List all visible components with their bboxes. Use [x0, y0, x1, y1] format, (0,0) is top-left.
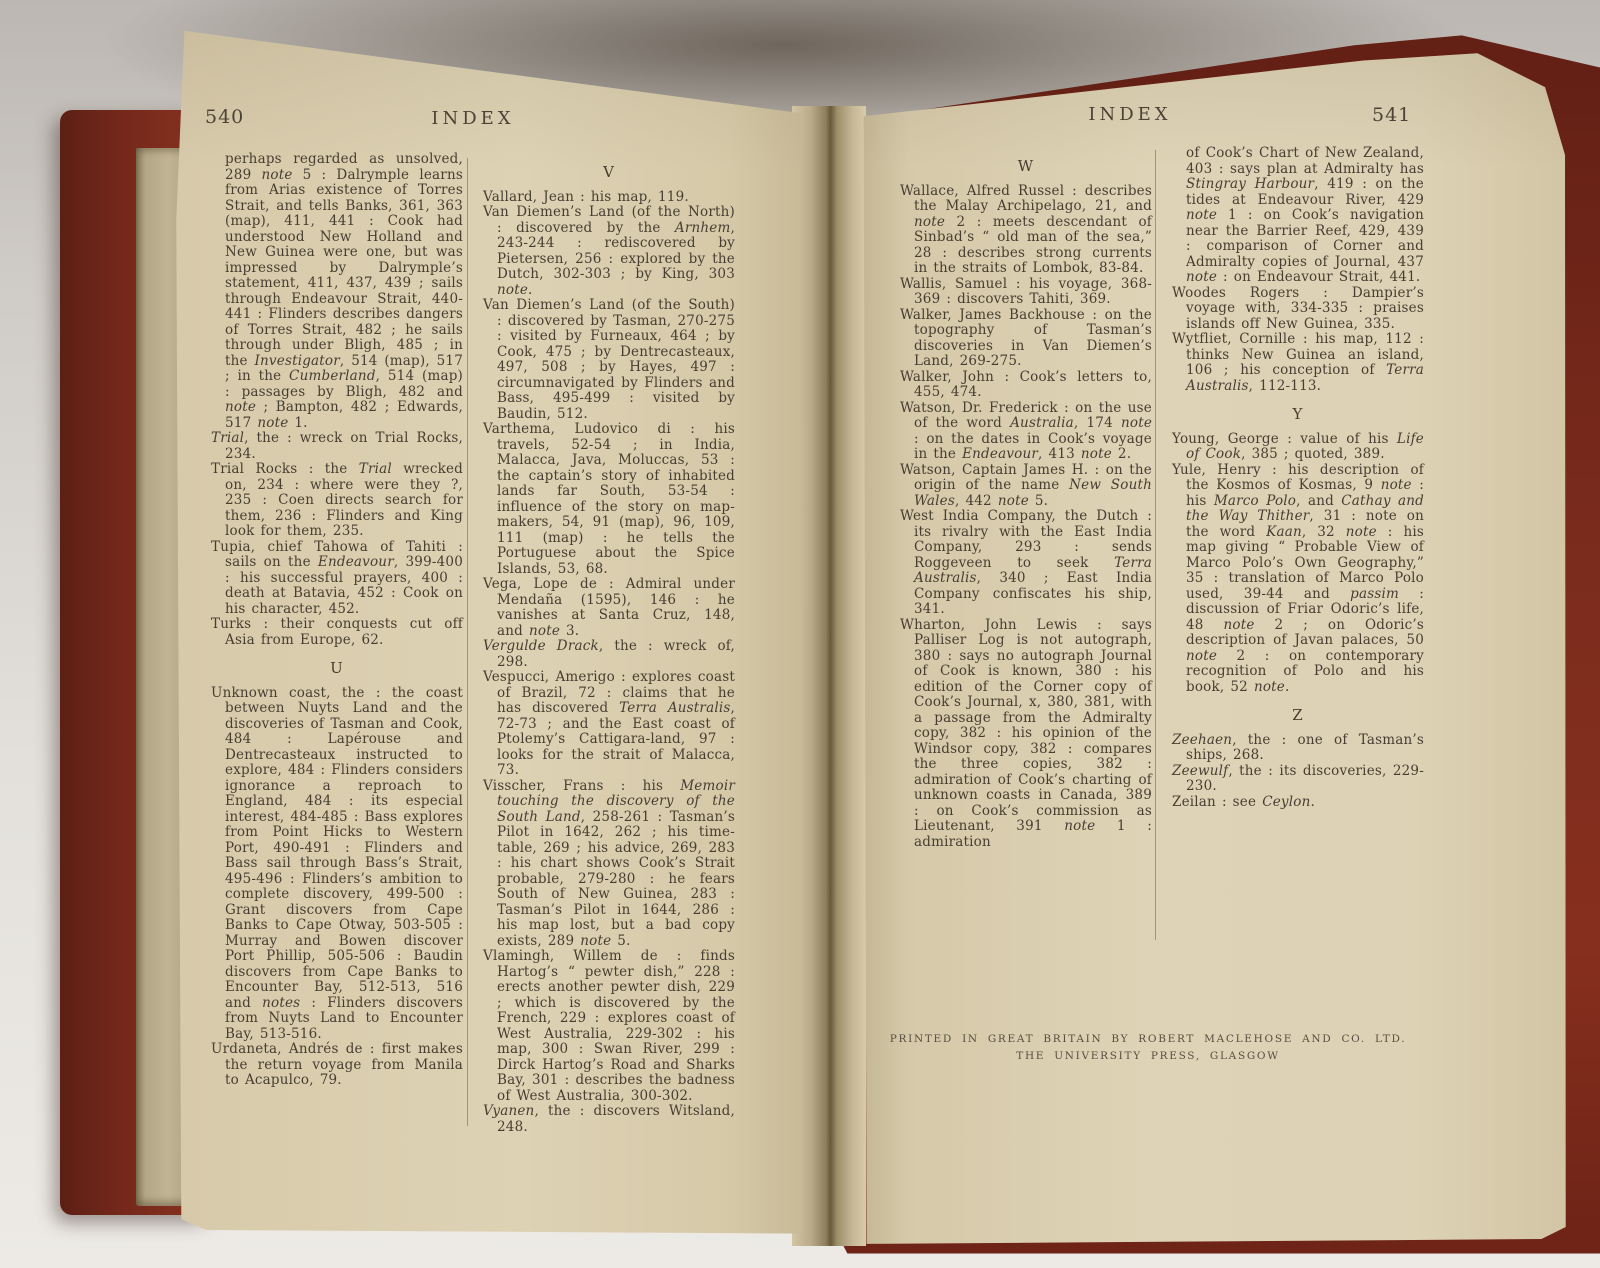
index-entry: Vergulde Drack, the : wreck of, 298.	[483, 639, 735, 670]
page-number-right: 541	[1372, 104, 1411, 126]
printer-imprint-line1: PRINTED IN GREAT BRITAIN BY ROBERT MACLE…	[878, 1031, 1418, 1048]
index-entry: Zeilan : see Ceylon.	[1172, 795, 1424, 811]
column-rule-right	[1155, 150, 1156, 940]
running-head-left: INDEX	[211, 108, 735, 129]
index-entry: Trial, the : wreck on Trial Rocks, 234.	[211, 431, 463, 462]
index-entry: Visscher, Frans : his Memoir touching th…	[483, 779, 735, 950]
index-entry: Zeehaen, the : one of Tasman’s ships, 26…	[1172, 733, 1424, 764]
index-entry: Young, George : value of his Life of Coo…	[1172, 432, 1424, 463]
section-heading: Y	[1172, 407, 1424, 423]
index-entry: Trial Rocks : the Trial wrecked on, 234 …	[211, 462, 463, 540]
index-entry: Walker, James Backhouse : on the topogra…	[900, 308, 1152, 370]
index-entry: of Cook’s Chart of New Zealand, 403 : sa…	[1172, 146, 1424, 286]
index-entry: Turks : their conquests cut off Asia fro…	[211, 617, 463, 648]
index-entry: Vyanen, the : discovers Witsland, 248.	[483, 1104, 735, 1135]
index-column-left-2: VVallard, Jean : his map, 119.Van Diemen…	[483, 152, 735, 1135]
section-heading: U	[211, 661, 463, 677]
index-entry: Vlamingh, Willem de : finds Hartog’s “ p…	[483, 949, 735, 1104]
index-column-right-1: WWallace, Alfred Russel : describes the …	[900, 146, 1152, 850]
index-entry: Vespucci, Amerigo : explores coast of Br…	[483, 670, 735, 779]
index-entry: Watson, Captain James H. : on the origin…	[900, 463, 1152, 510]
index-entry: Wharton, John Lewis : says Palliser Log …	[900, 618, 1152, 851]
index-entry: Walker, John : Cook’s letters to, 455, 4…	[900, 370, 1152, 401]
index-entry: Wytfliet, Cornille : his map, 112 : thin…	[1172, 332, 1424, 394]
index-entry: Urdaneta, Andrés de : first makes the re…	[211, 1042, 463, 1089]
index-entry: Wallis, Samuel : his voyage, 368-369 : d…	[900, 277, 1152, 308]
left-page: 540 INDEX perhaps regarded as unsolved, …	[175, 26, 803, 1236]
index-entry: Vega, Lope de : Admiral under Mendaña (1…	[483, 577, 735, 639]
right-page: INDEX 541 WWallace, Alfred Russel : desc…	[858, 46, 1570, 1256]
index-entry: Watson, Dr. Frederick : on the use of th…	[900, 401, 1152, 463]
printer-imprint-line2: THE UNIVERSITY PRESS, GLASGOW	[878, 1048, 1418, 1065]
column-rule-left	[467, 158, 468, 1126]
book-gutter	[792, 106, 866, 1246]
index-entry: Unknown coast, the : the coast between N…	[211, 686, 463, 1043]
index-entry: perhaps regarded as unsolved, 289 note 5…	[211, 152, 463, 431]
index-entry: Van Diemen’s Land (of the South) : disco…	[483, 298, 735, 422]
index-entry: Van Diemen’s Land (of the North) : disco…	[483, 205, 735, 298]
running-head-right: INDEX	[868, 104, 1392, 125]
index-entry: Zeewulf, the : its discoveries, 229-230.	[1172, 764, 1424, 795]
index-entry: Varthema, Ludovico di : his travels, 52-…	[483, 422, 735, 577]
index-entry: Vallard, Jean : his map, 119.	[483, 190, 735, 206]
index-column-left-1: perhaps regarded as unsolved, 289 note 5…	[211, 152, 463, 1089]
printer-imprint: PRINTED IN GREAT BRITAIN BY ROBERT MACLE…	[878, 1031, 1418, 1065]
section-heading: W	[900, 159, 1152, 175]
section-heading: Z	[1172, 708, 1424, 724]
index-entry: Woodes Rogers : Dampier’s voyage with, 3…	[1172, 286, 1424, 333]
section-heading: V	[483, 165, 735, 181]
book-photo: 540 INDEX perhaps regarded as unsolved, …	[0, 0, 1600, 1268]
index-column-right-2: of Cook’s Chart of New Zealand, 403 : sa…	[1172, 146, 1424, 810]
index-entry: West India Company, the Dutch : its riva…	[900, 509, 1152, 618]
index-entry: Wallace, Alfred Russel : describes the M…	[900, 184, 1152, 277]
index-entry: Tupia, chief Tahowa of Tahiti : sails on…	[211, 540, 463, 618]
index-entry: Yule, Henry : his description of the Kos…	[1172, 463, 1424, 696]
